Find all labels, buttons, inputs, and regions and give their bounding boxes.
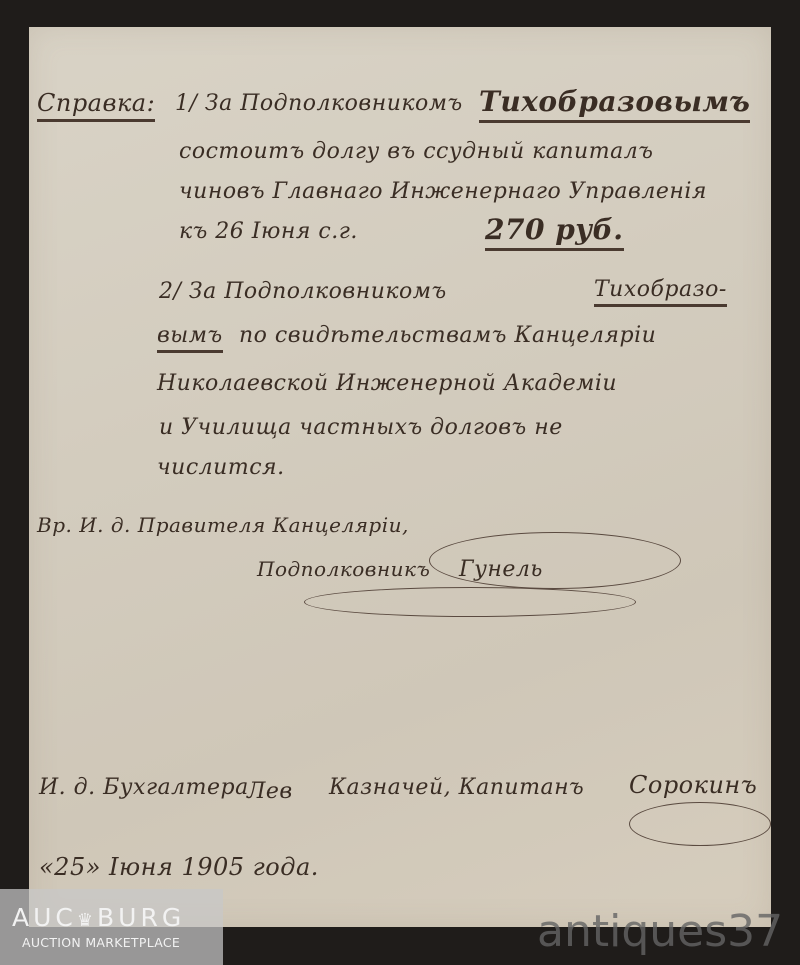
aucburg-subtitle: AUCTION MARKETPLACE bbox=[22, 935, 180, 950]
aucburg-brand: AUC♛BURG bbox=[12, 903, 185, 932]
signature1-title: Вр. И. д. Правителя Канцеляріи, bbox=[37, 513, 409, 537]
treasurer-flourish bbox=[629, 802, 771, 846]
date-line: «25» Іюня 1905 года. bbox=[39, 853, 319, 881]
item2-line4: и Училища частныхъ долговъ не bbox=[159, 415, 563, 440]
antiques37-watermark: antiques37 bbox=[537, 906, 783, 957]
aucburg-watermark: AUC♛BURG AUCTION MARKETPLACE bbox=[0, 889, 223, 965]
item1-line1-prefix: 1/ За Подполковникомъ bbox=[175, 91, 463, 116]
brand-part-b: BURG bbox=[97, 903, 185, 932]
document-paper: Справка: 1/ За Подполковникомъ Тихобразо… bbox=[29, 27, 771, 927]
signature1-flourish bbox=[429, 532, 681, 589]
item2-line2-rest: по свидѣтельствамъ Канцеляріи bbox=[239, 323, 656, 348]
signature1-rank: Подполковникъ bbox=[257, 557, 430, 581]
accountant-signature: Лев bbox=[247, 779, 293, 804]
item1-name: Тихобразовымъ bbox=[479, 85, 750, 123]
item1-amount: 270 руб. bbox=[485, 213, 624, 251]
brand-part-a: AUC bbox=[12, 903, 77, 932]
item2-line1-prefix: 2/ За Подполковникомъ bbox=[159, 279, 447, 304]
crown-icon: ♛ bbox=[77, 910, 97, 931]
signature1-flourish-lower bbox=[304, 587, 636, 617]
item2-name-part2: вымъ bbox=[157, 323, 223, 353]
treasurer-signature: Сорокинъ bbox=[629, 771, 757, 799]
item2-line5: числится. bbox=[157, 455, 285, 480]
treasurer-title: Казначей, Капитанъ bbox=[329, 775, 584, 800]
accountant-title: И. д. Бухгалтера bbox=[39, 775, 249, 800]
item1-line2: состоитъ долгу въ ссудный капиталъ bbox=[179, 139, 653, 164]
heading: Справка: bbox=[37, 89, 155, 122]
item2-name-part1: Тихобразо- bbox=[594, 277, 727, 307]
item1-date: къ 26 Іюня с.г. bbox=[179, 219, 358, 244]
item1-line3: чиновъ Главнаго Инженернаго Управленія bbox=[179, 179, 707, 204]
item2-line3: Николаевской Инженерной Академіи bbox=[157, 371, 617, 396]
